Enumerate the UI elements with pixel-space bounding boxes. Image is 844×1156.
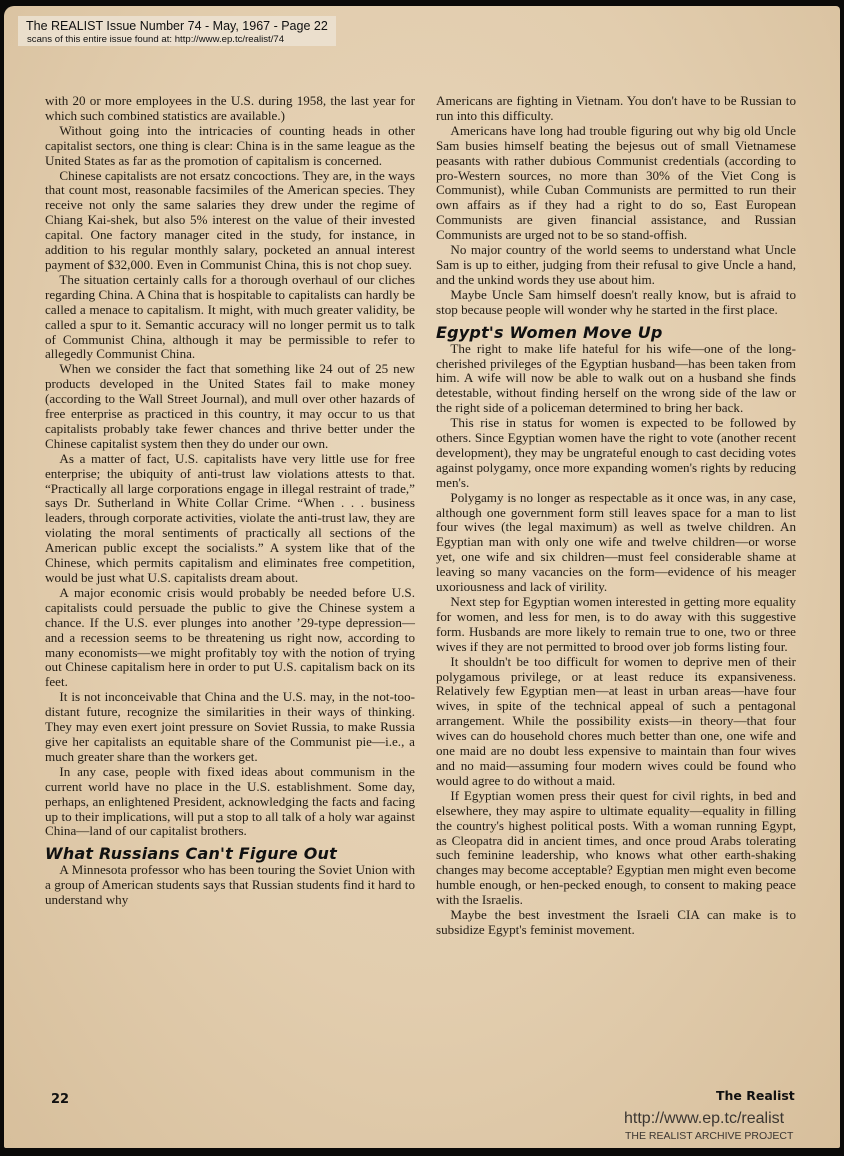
- paragraph: The right to make life hateful for his w…: [436, 342, 796, 417]
- paragraph: Without going into the intricacies of co…: [45, 124, 415, 169]
- paragraph: It shouldn't be too difficult for women …: [436, 655, 796, 789]
- paragraph: with 20 or more employees in the U.S. du…: [45, 94, 415, 124]
- paragraph: It is not inconceivable that China and t…: [45, 690, 415, 765]
- archive-banner: The REALIST Issue Number 74 - May, 1967 …: [18, 16, 336, 46]
- banner-title: The REALIST Issue Number 74 - May, 1967 …: [26, 19, 328, 33]
- paragraph: If Egyptian women press their quest for …: [436, 789, 796, 908]
- paragraph: A Minnesota professor who has been touri…: [45, 863, 415, 908]
- page-number: 22: [51, 1092, 69, 1107]
- paragraph: This rise in status for women is expecte…: [436, 416, 796, 491]
- paragraph: Chinese capitalists are not ersatz conco…: [45, 169, 415, 273]
- right-column: Americans are fighting in Vietnam. You d…: [436, 94, 796, 938]
- magazine-page: The REALIST Issue Number 74 - May, 1967 …: [4, 6, 840, 1148]
- section-heading-egypt: Egypt's Women Move Up: [436, 324, 796, 342]
- paragraph: As a matter of fact, U.S. capitalists ha…: [45, 452, 415, 586]
- section-heading-russians: What Russians Can't Figure Out: [45, 845, 415, 863]
- paragraph: The situation certainly calls for a thor…: [45, 273, 415, 362]
- paragraph: In any case, people with fixed ideas abo…: [45, 765, 415, 840]
- paragraph: Polygamy is no longer as respectable as …: [436, 491, 796, 595]
- paragraph: Maybe Uncle Sam himself doesn't really k…: [436, 288, 796, 318]
- banner-subtitle: scans of this entire issue found at: htt…: [27, 34, 284, 45]
- paragraph: Next step for Egyptian women interested …: [436, 595, 796, 655]
- paragraph: Maybe the best investment the Israeli CI…: [436, 908, 796, 938]
- archive-project-name: THE REALIST ARCHIVE PROJECT: [625, 1130, 793, 1142]
- paragraph: A major economic crisis would probably b…: [45, 586, 415, 690]
- paragraph: No major country of the world seems to u…: [436, 243, 796, 288]
- archive-url: http://www.ep.tc/realist: [624, 1110, 784, 1128]
- paragraph: When we consider the fact that something…: [45, 362, 415, 451]
- paragraph: Americans have long had trouble figuring…: [436, 124, 796, 243]
- paragraph: Americans are fighting in Vietnam. You d…: [436, 94, 796, 124]
- left-column: with 20 or more employees in the U.S. du…: [45, 94, 415, 908]
- masthead-footer: The Realist: [716, 1088, 795, 1103]
